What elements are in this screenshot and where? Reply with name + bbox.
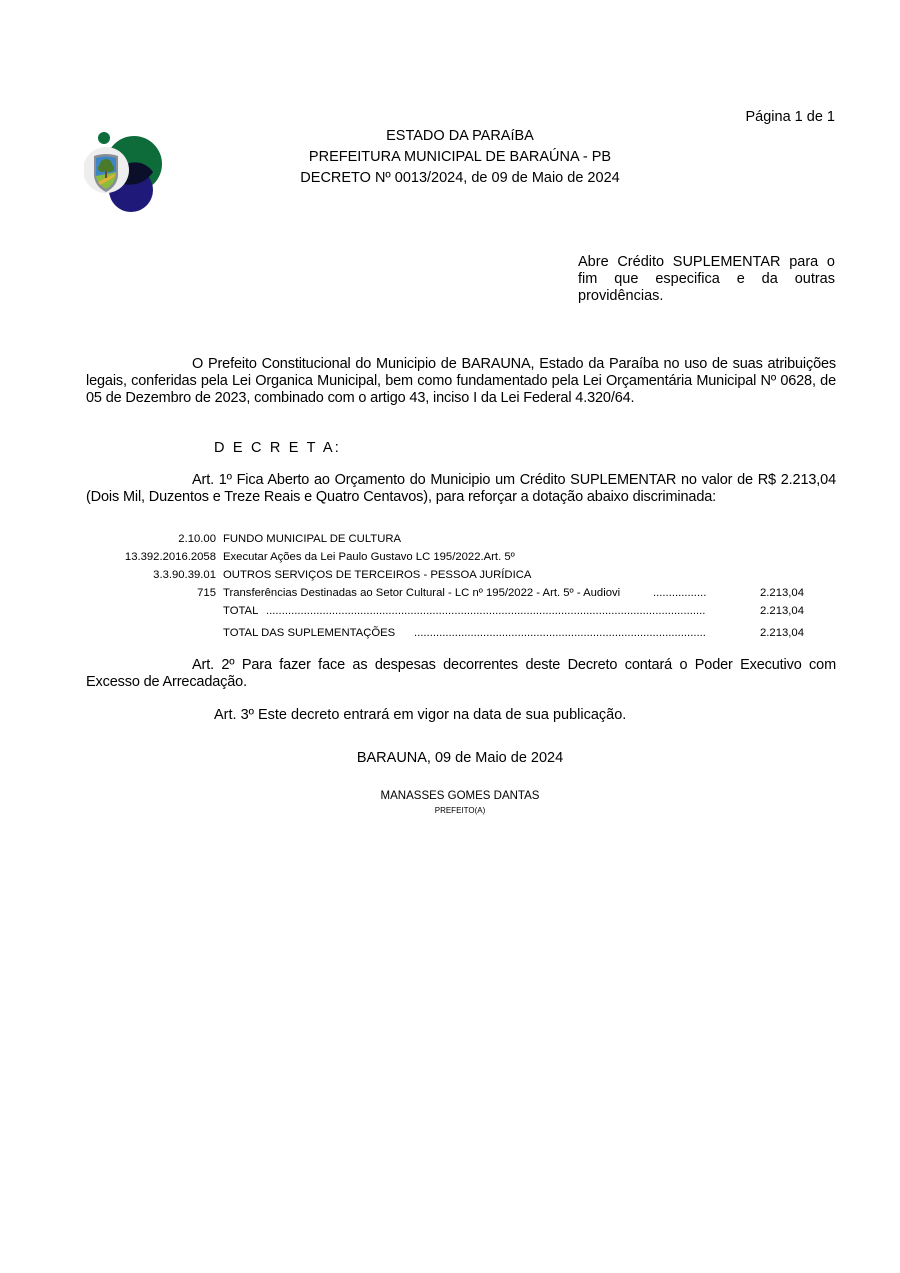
- row-description: FUNDO MUNICIPAL DE CULTURA: [223, 530, 401, 548]
- page-indicator: Página 1 de 1: [746, 109, 836, 125]
- signer-role: PREFEITO(A): [0, 806, 900, 815]
- decree-title: DECRETO Nº 0013/2024, de 09 de Maio de 2…: [0, 168, 900, 189]
- article-2: Art. 2º Para fazer face as despesas deco…: [86, 657, 836, 691]
- preamble-paragraph: O Prefeito Constitucional do Municipio d…: [86, 356, 836, 407]
- leader-dots: ........................................…: [266, 602, 706, 620]
- grand-total-value: 2.213,04: [760, 624, 804, 642]
- row-code: 715: [197, 584, 216, 602]
- row-description: Transferências Destinadas ao Setor Cultu…: [223, 584, 620, 602]
- row-code: 3.3.90.39.01: [153, 566, 216, 584]
- row-code: 13.392.2016.2058: [125, 548, 216, 566]
- decree-summary-text: Abre Crédito SUPLEMENTAR para o fim que …: [578, 254, 835, 288]
- state-name: ESTADO DA PARAíBA: [0, 126, 900, 147]
- grand-total-label: TOTAL DAS SUPLEMENTAÇÕES: [223, 624, 395, 642]
- row-code: 2.10.00: [178, 530, 216, 548]
- article-1-text: Art. 1º Fica Aberto ao Orçamento do Muni…: [86, 472, 836, 505]
- signer-name: MANASSES GOMES DANTAS: [0, 790, 900, 802]
- leader-dots: ..................................: [653, 584, 706, 602]
- decreta-heading: D E C R E T A:: [214, 440, 341, 456]
- preamble-text: O Prefeito Constitucional do Municipio d…: [86, 356, 836, 406]
- row-description: Executar Ações da Lei Paulo Gustavo LC 1…: [223, 548, 515, 566]
- place-and-date: BARAUNA, 09 de Maio de 2024: [0, 750, 900, 766]
- row-description: OUTROS SERVIÇOS DE TERCEIROS - PESSOA JU…: [223, 566, 531, 584]
- leader-dots: ........................................…: [414, 624, 706, 642]
- total-value: 2.213,04: [760, 602, 804, 620]
- total-label: TOTAL: [223, 602, 258, 620]
- document-header: ESTADO DA PARAíBA PREFEITURA MUNICIPAL D…: [0, 126, 900, 189]
- decree-summary-end: providências.: [578, 288, 835, 305]
- row-value: 2.213,04: [760, 584, 804, 602]
- article-2-text: Art. 2º Para fazer face as despesas deco…: [86, 657, 836, 690]
- municipality-name: PREFEITURA MUNICIPAL DE BARAÚNA - PB: [0, 147, 900, 168]
- article-3: Art. 3º Este decreto entrará em vigor na…: [214, 707, 626, 723]
- decree-summary: Abre Crédito SUPLEMENTAR para o fim que …: [578, 254, 835, 305]
- article-1: Art. 1º Fica Aberto ao Orçamento do Muni…: [86, 472, 836, 506]
